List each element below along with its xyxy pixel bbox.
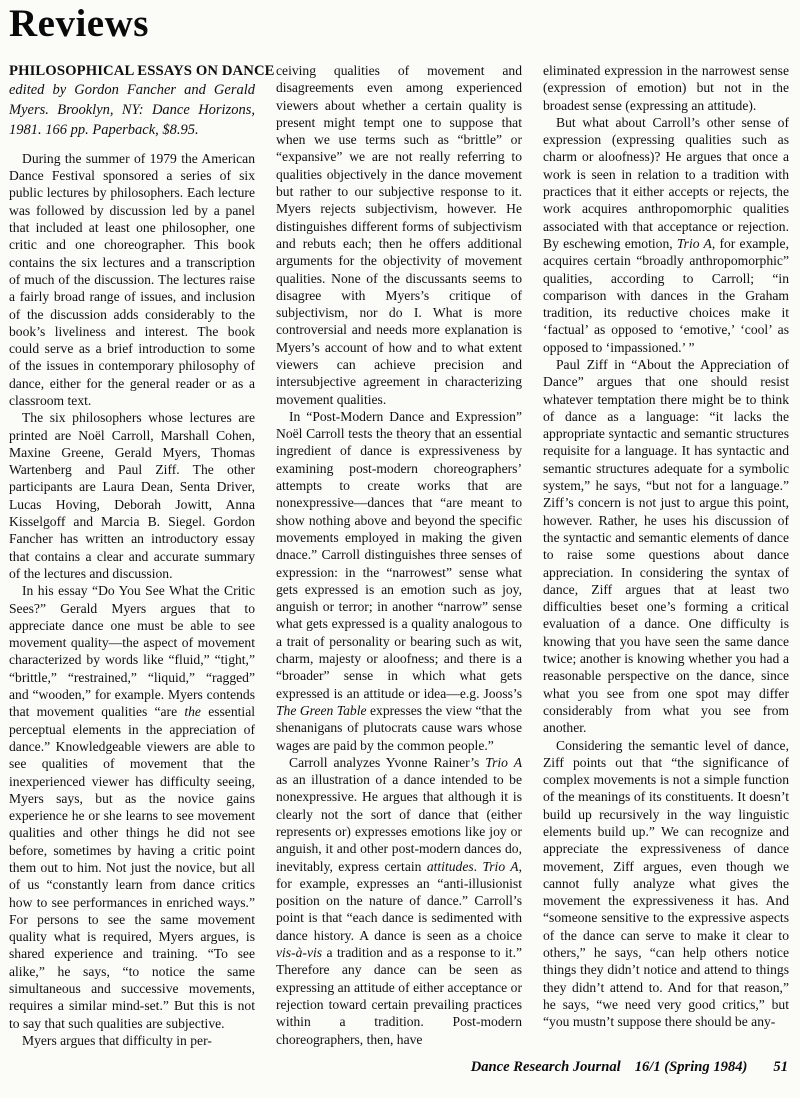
text-segment: essential perceptual elements in the app… — [9, 704, 255, 1030]
paragraph: But what about Carroll’s other sense of … — [543, 114, 789, 356]
paragraph: The six philosophers whose lectures are … — [9, 409, 255, 582]
text-segment: Considering the semantic level of dance,… — [543, 738, 789, 1030]
text-segment: a tradition and as a response to it.” Th… — [276, 945, 522, 1046]
italic-text-segment: attitudes — [427, 859, 474, 874]
text-segment: But what about Carroll’s other sense of … — [543, 115, 789, 251]
column-1: PHILOSOPHICAL ESSAYS ON DANCE edited by … — [9, 62, 255, 1062]
journal-name: Dance Research Journal — [471, 1059, 621, 1076]
italic-text-segment: vis-à-vis — [276, 945, 322, 960]
page-footer: Dance Research Journal 16/1 (Spring 1984… — [0, 1059, 788, 1076]
text-segment: In his essay “Do You See What the Critic… — [9, 583, 255, 719]
review-header: PHILOSOPHICAL ESSAYS ON DANCE edited by … — [9, 62, 255, 141]
paragraph: ceiving qualities of movement and disagr… — [276, 62, 522, 408]
text-segment: eliminated expression in the narrowest s… — [543, 63, 789, 113]
text-segment: Myers argues that difficulty in per- — [22, 1033, 212, 1048]
text-segment: In “Post-Modern Dance and Expression” No… — [276, 409, 522, 701]
review-citation: edited by Gordon Fancher and Gerald Myer… — [9, 81, 255, 140]
paragraph: Considering the semantic level of dance,… — [543, 737, 789, 1031]
paragraph: Paul Ziff in “About the Appreciation of … — [543, 356, 789, 737]
column-2: ceiving qualities of movement and disagr… — [276, 62, 522, 1062]
text-segment: The six philosophers whose lectures are … — [9, 410, 255, 581]
italic-text-segment: Trio A — [482, 859, 518, 874]
review-book-title: PHILOSOPHICAL ESSAYS ON DANCE — [9, 62, 255, 82]
journal-page: Reviews PHILOSOPHICAL ESSAYS ON DANCE ed… — [0, 0, 800, 1098]
text-segment: Carroll analyzes Yvonne Rainer’s — [289, 755, 485, 770]
text-segment: , for example, acquires certain “broadly… — [543, 236, 789, 355]
italic-text-segment: the — [184, 704, 201, 719]
text-segment: Paul Ziff in “About the Appreciation of … — [543, 357, 789, 735]
text-segment: During the summer of 1979 the American D… — [9, 151, 255, 408]
italic-text-segment: Trio A — [485, 755, 522, 770]
page-number: 51 — [773, 1059, 788, 1076]
issue-info: 16/1 (Spring 1984) — [635, 1059, 748, 1076]
paragraph: In “Post-Modern Dance and Expression” No… — [276, 408, 522, 754]
paragraph: Carroll analyzes Yvonne Rainer’s Trio A … — [276, 754, 522, 1048]
paragraph: During the summer of 1979 the American D… — [9, 150, 255, 409]
italic-text-segment: Trio A — [677, 236, 712, 251]
paragraph: Myers argues that difficulty in per- — [9, 1032, 255, 1049]
column-3: eliminated expression in the narrowest s… — [543, 62, 789, 1062]
paragraph: eliminated expression in the narrowest s… — [543, 62, 789, 114]
italic-text-segment: The Green Table — [276, 703, 367, 718]
text-columns: PHILOSOPHICAL ESSAYS ON DANCE edited by … — [9, 62, 789, 1062]
text-segment: ceiving qualities of movement and disagr… — [276, 63, 522, 407]
page-title: Reviews — [9, 4, 789, 45]
paragraph: In his essay “Do You See What the Critic… — [9, 582, 255, 1032]
